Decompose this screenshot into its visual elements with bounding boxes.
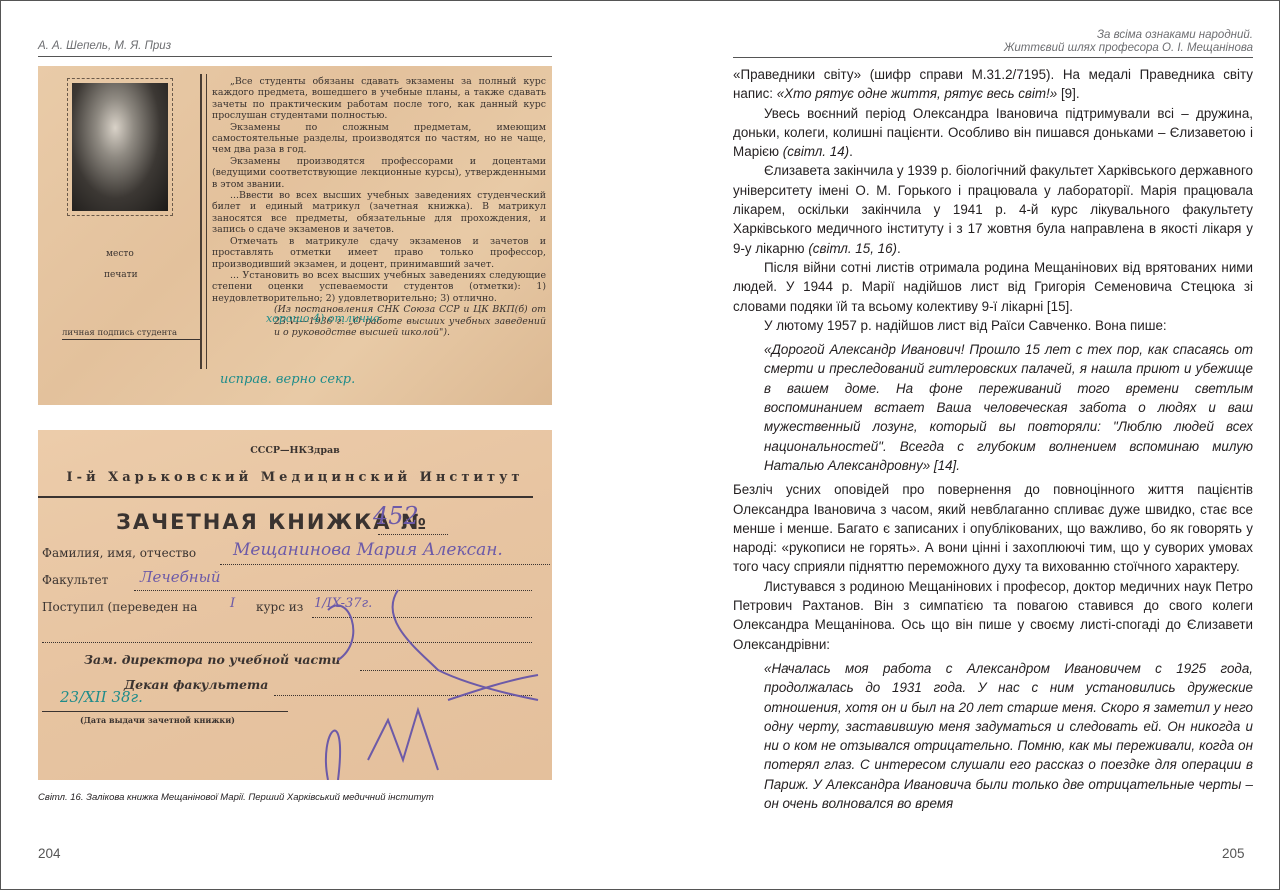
paragraph-4: Після війни сотні листів отримала родина… [733, 258, 1253, 316]
inline-quote: «Хто рятує одне життя, рятує весь світ!» [777, 86, 1058, 101]
card-book-number: 452 [373, 502, 419, 530]
issue-date-label: (Дата выдачи зачетной книжки) [80, 715, 235, 725]
reference: [9]. [1057, 86, 1079, 101]
stamp-place-label-2: печати [104, 270, 138, 280]
handwritten-correction: хорошо 4) отлично [266, 312, 380, 325]
handwritten-note: исправ. верно секр. [220, 372, 355, 387]
paragraph-end: . [849, 144, 853, 159]
field-course-label: курс из [256, 600, 303, 614]
figure-reference: (світл. 14) [783, 144, 849, 159]
deputy-director-label: Зам. директора по учебной части [84, 652, 340, 667]
paragraph-end: . [897, 241, 901, 256]
field-faculty-label: Факультет [42, 573, 108, 587]
running-head-line-2: Життєвий шлях професора О. І. Мещанінова [733, 42, 1253, 55]
field-admitted-label: Поступил (переведен на [42, 600, 197, 614]
dean-label: Декан факультета [124, 677, 268, 692]
column-divider [200, 74, 207, 369]
running-head-line-1: За всіма ознаками народний. [733, 29, 1253, 42]
body-text-column: «Праведники світу» (шифр справи М.31.2/7… [733, 65, 1253, 818]
page-number-left: 204 [38, 846, 61, 861]
block-quote-savchenko: «Дорогой Александр Иванович! Прошло 15 л… [733, 340, 1253, 475]
card-rule [38, 496, 533, 498]
page-number-right: 205 [1222, 846, 1245, 861]
rules-paragraph: Отмечать в матрикуле сдачу экзаменов и з… [212, 236, 546, 270]
field-name-value: Мещанинова Мария Алексан. [233, 540, 503, 560]
figure-reference: (світл. 15, 16) [808, 241, 897, 256]
rules-paragraph: Экзамены по сложным предметам, имеющим с… [212, 122, 546, 156]
portrait-photo [72, 83, 168, 211]
paragraph-6: Безліч усних оповідей про повернення до … [733, 480, 1253, 576]
dotted-line [378, 534, 448, 535]
rules-paragraph: Экзамены производятся профессорами и доц… [212, 156, 546, 190]
exam-rules-text: „Все студенты обязаны сдавать экзамены з… [212, 76, 546, 338]
field-admitted-course: I [230, 596, 235, 611]
photo-student-record-cover: СССР—НКЗдрав I-й Харьковский Медицинский… [38, 430, 552, 780]
rules-paragraph: ...Ввести во всех высших учебных заведен… [212, 190, 546, 236]
running-head-title: За всіма ознаками народний. Життєвий шля… [733, 29, 1253, 58]
paragraph-5: У лютому 1957 р. надійшов лист від Раїси… [733, 316, 1253, 335]
issue-date: 23/XII 38г. [60, 688, 143, 706]
field-faculty-value: Лечебный [140, 568, 221, 586]
field-name-label: Фамилия, имя, отчество [42, 546, 196, 560]
student-signature-label: личная подпись студента [62, 328, 202, 340]
paragraph-1: «Праведники світу» (шифр справи М.31.2/7… [733, 65, 1253, 104]
card-header-ussr: СССР—НКЗдрав [38, 445, 552, 456]
photo-student-record-inner-page: место печати личная подпись студента „Вс… [38, 66, 552, 405]
stamp-place-label: место [106, 249, 134, 259]
paragraph-7: Листувався з родиною Мещанінових і профе… [733, 577, 1253, 654]
paragraph-2: Увесь воєнний період Олександра Іванович… [733, 104, 1253, 162]
figure-caption: Світл. 16. Залікова книжка Мещанінової М… [38, 792, 558, 803]
dotted-line [220, 564, 550, 565]
card-institute-name: I-й Харьковский Медицинский Институт [38, 470, 552, 485]
portrait-frame [67, 78, 173, 216]
paragraph-3: Єлизавета закінчила у 1939 р. біологічни… [733, 161, 1253, 257]
rules-paragraph: ... Установить во всех высших учебных за… [212, 270, 546, 304]
rules-paragraph: „Все студенты обязаны сдавать экзамены з… [212, 76, 546, 122]
issue-date-line [42, 711, 288, 712]
signature-scribbles [308, 580, 548, 780]
block-quote-rakhtanov: «Началась моя работа с Александром Ивано… [733, 659, 1253, 813]
running-head-authors: А. А. Шепель, М. Я. Приз [38, 40, 552, 57]
